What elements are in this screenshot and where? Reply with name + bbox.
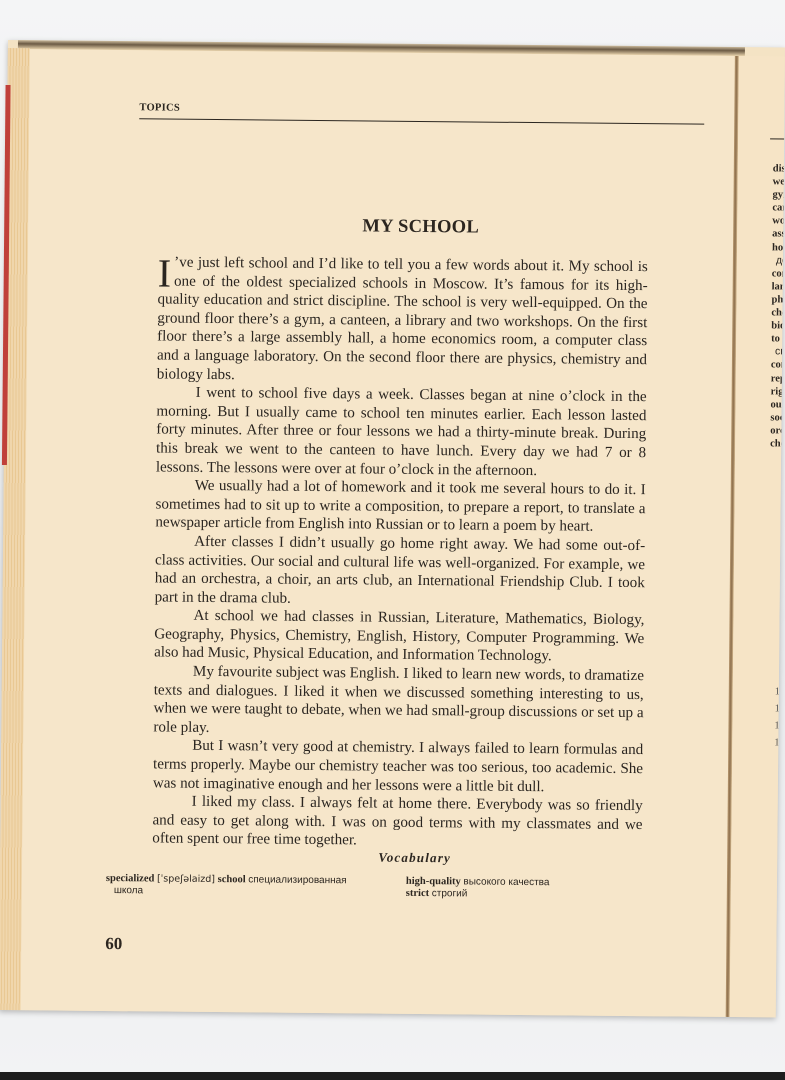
vocab-translation-cont: школа (106, 885, 366, 899)
vocab-translation: высокого качества (463, 876, 549, 888)
vocab-term: strict (406, 888, 429, 899)
page-title: MY SCHOOL (138, 214, 703, 240)
left-page: TOPICS MY SCHOOL I’ve just left school a… (21, 49, 735, 1017)
vocab-transcription: [ˈspeʃəlaizd] (157, 873, 215, 885)
article-body: I’ve just left school and I’d like to te… (152, 253, 648, 853)
paragraph-8: I liked my class. I always felt at home … (152, 793, 643, 853)
paragraph-2: I went to school five days a week. Class… (156, 384, 647, 482)
vocab-entry: strict строгий (406, 888, 666, 902)
paragraph-7: But I wasn’t very good at chemistry. I a… (153, 737, 644, 797)
vocabulary-column-right: high-quality высокого качества strict ст… (396, 876, 666, 903)
vocabulary-list: specialized [ˈspeʃəlaizd] school специал… (106, 873, 666, 902)
paragraph-1: I’ve just left school and I’d like to te… (157, 253, 648, 388)
vocab-translation: строгий (432, 888, 468, 899)
right-page-text: disc well gym can wor asse hom до com la… (770, 162, 785, 450)
paragraph-3: We usually had a lot of homework and it … (155, 477, 646, 537)
paragraph-5: At school we had classes in Russian, Lit… (154, 607, 645, 667)
right-page-numbers: 1 1 1 1 (774, 683, 780, 751)
paragraph-4: After classes I didn’t usually go home r… (155, 532, 646, 611)
vocab-entry: specialized [ˈspeʃəlaizd] school специал… (106, 873, 366, 899)
drop-cap: I (158, 257, 172, 289)
paragraph-6: My favourite subject was English. I like… (153, 662, 644, 741)
vocab-term: specialized (106, 873, 155, 884)
vocab-translation: специализированная (248, 874, 346, 886)
scanner-edge (0, 1072, 785, 1080)
page-number: 60 (105, 934, 122, 954)
running-head: TOPICS (139, 102, 704, 124)
right-page-rule (770, 138, 785, 139)
vocabulary-column-left: specialized [ˈspeʃəlaizd] school специал… (106, 873, 366, 899)
right-page-fragment: disc well gym can wor asse hom до com la… (730, 56, 785, 1017)
vocab-term-tail: school (218, 874, 246, 885)
vocab-term: high-quality (406, 876, 461, 888)
open-book: TOPICS MY SCHOOL I’ve just left school a… (0, 40, 785, 1017)
